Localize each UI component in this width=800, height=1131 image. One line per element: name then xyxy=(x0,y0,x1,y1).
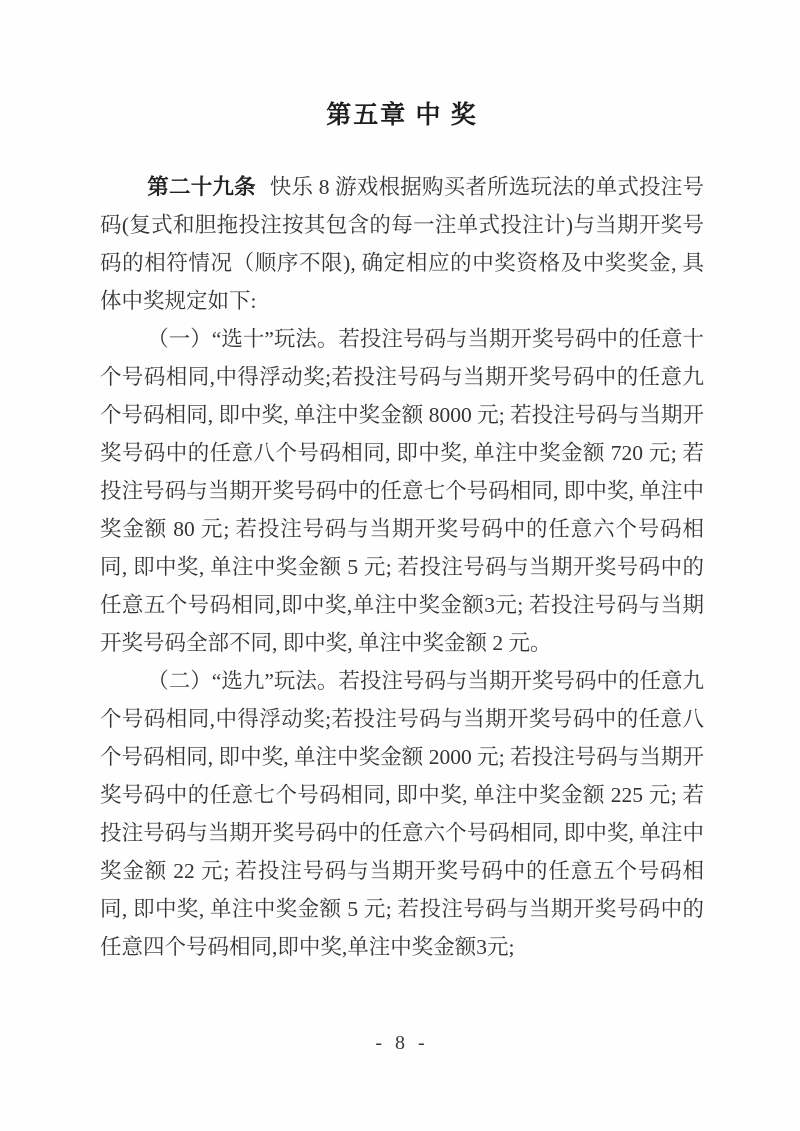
article-number: 第二十九条 xyxy=(147,175,256,199)
paragraph-text: （一）“选十”玩法。若投注号码与当期开奖号码中的任意十个号码相同,中得浮动奖;若… xyxy=(100,327,704,655)
article-paragraph: 第二十九条快乐 8 游戏根据购买者所选玩法的单式投注号码(复式和胆拖投注按其包含… xyxy=(100,168,704,320)
paragraph-text: （二）“选九”玩法。若投注号码与当期开奖号码中的任意九个号码相同,中得浮动奖;若… xyxy=(100,669,704,959)
clause-paragraph-one: （一）“选十”玩法。若投注号码与当期开奖号码中的任意十个号码相同,中得浮动奖;若… xyxy=(100,320,704,662)
document-body: 第二十九条快乐 8 游戏根据购买者所选玩法的单式投注号码(复式和胆拖投注按其包含… xyxy=(100,168,704,966)
page-number: - 8 - xyxy=(100,1030,704,1056)
clause-paragraph-two: （二）“选九”玩法。若投注号码与当期开奖号码中的任意九个号码相同,中得浮动奖;若… xyxy=(100,662,704,966)
document-page: 第五章 中 奖 第二十九条快乐 8 游戏根据购买者所选玩法的单式投注号码(复式和… xyxy=(0,0,800,1131)
chapter-title: 第五章 中 奖 xyxy=(100,100,704,132)
